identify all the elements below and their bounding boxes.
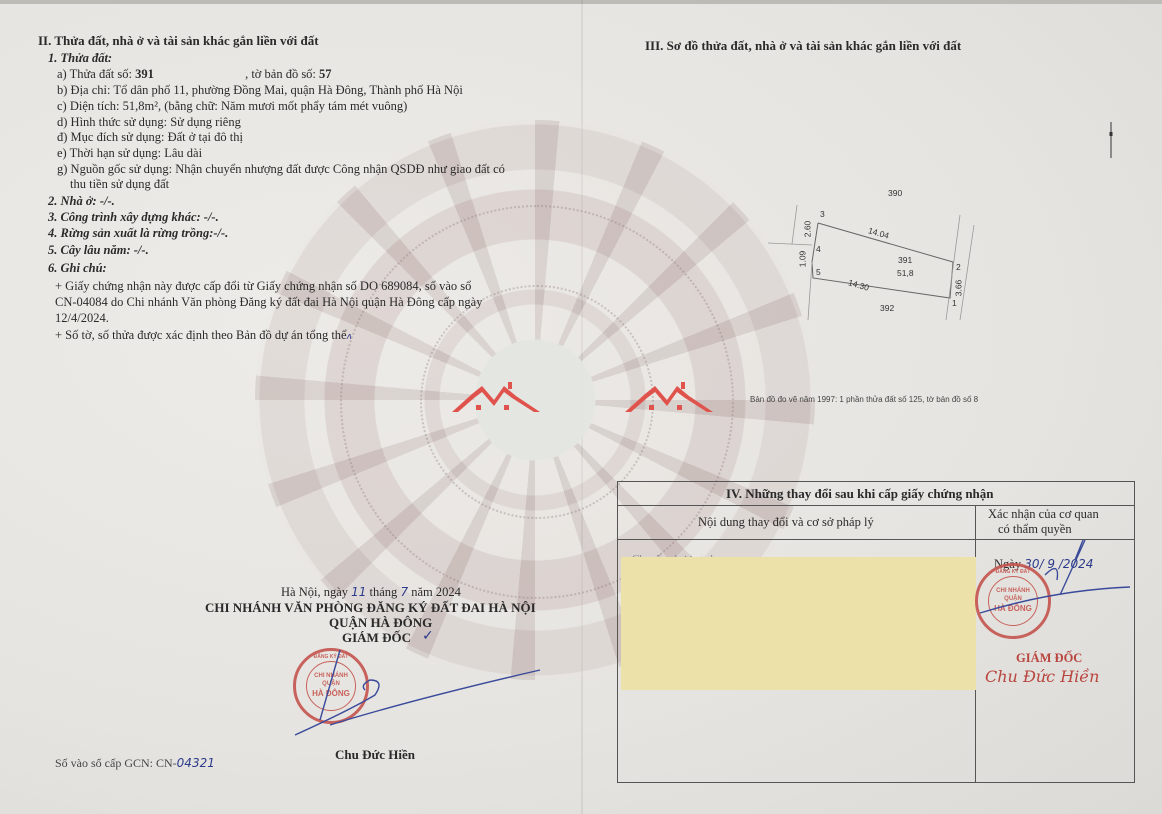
date-prefix: Hà Nội, ngày [281, 585, 348, 599]
month-label: tháng [370, 585, 398, 599]
item-other-works: 3. Công trình xây dựng khác: -/-. [48, 210, 219, 225]
house-logo-icon [452, 382, 540, 414]
note1-line3: 12/4/2024. [55, 311, 109, 326]
map-sheet-label: , tờ bản đồ số: [245, 67, 316, 81]
item-forest: 4. Rừng sản xuất là rừng trồng:-/-. [48, 226, 228, 241]
note1-line1: + Giấy chứng nhận này được cấp đổi từ Gi… [55, 279, 471, 294]
house-logo-icon [625, 382, 713, 414]
map-note: Bản đồ đo vẽ năm 1997: 1 phần thửa đất s… [750, 392, 978, 407]
table-title-row: IV. Những thay đổi sau khi cấp giấy chứn… [618, 482, 1134, 506]
point-3: 3 [820, 209, 825, 219]
edge-2-1: 3.66 [953, 280, 963, 297]
registry-value: 04321 [177, 756, 215, 770]
north-arrow-icon [1108, 120, 1114, 160]
parcel-sketch [760, 180, 1000, 320]
usage-origin-cont: thu tiền sử dụng đất [70, 177, 169, 192]
signing-date: Hà Nội, ngày 11 tháng 7 năm 2024 [281, 585, 461, 600]
neighbor-north: 390 [888, 188, 902, 198]
point-2: 2 [956, 262, 961, 272]
usage-purpose: đ) Mục đích sử dụng: Đất ở tại đô thị [57, 130, 243, 145]
usage-term: e) Thời hạn sử dụng: Lâu dài [57, 146, 202, 161]
parcel-number-map: 391 [898, 255, 912, 265]
handwritten-initial: ʌ [347, 332, 352, 342]
section2-title: II. Thửa đất, nhà ở và tài sản khác gắn … [38, 33, 319, 48]
parcel-number: 391 [135, 67, 154, 81]
point-4: 4 [816, 244, 821, 254]
item-notes: 6. Ghi chú: [48, 261, 107, 276]
col-changes: Nội dung thay đổi và cơ sở pháp lý [698, 515, 874, 530]
redacted-area [621, 557, 976, 690]
note2-text: + Số tờ, số thửa được xác định theo Bản … [55, 328, 347, 342]
registry-label: Số vào sổ cấp GCN: CN- [55, 756, 177, 770]
parcel-label: a) Thửa đất số: [57, 67, 132, 81]
neighbor-south: 392 [880, 303, 894, 313]
signature [290, 640, 550, 740]
signer-name: Chu Đức Hiền [335, 747, 415, 762]
section3-title: III. Sơ đồ thửa đất, nhà ở và tài sản kh… [645, 38, 961, 53]
note1-line2: CN-04084 do Chi nhánh Văn phòng Đăng ký … [55, 295, 482, 310]
confirm-title: GIÁM ĐỐC [1016, 651, 1082, 666]
confirm-signer-name: Chu Đức Hiền [985, 667, 1099, 686]
parcel-area-map: 51,8 [897, 268, 914, 278]
registry-number: Số vào sổ cấp GCN: CN-04321 [55, 756, 215, 771]
item-perennial: 5. Cây lâu năm: -/-. [48, 243, 149, 258]
office-district: QUẬN HÀ ĐÔNG [329, 615, 432, 630]
edge-4-5: 1.09 [797, 251, 807, 268]
office-name: CHI NHÁNH VĂN PHÒNG ĐĂNG KÝ ĐẤT ĐAI HÀ N… [205, 600, 536, 615]
signing-day: 11 [351, 585, 366, 599]
usage-origin: g) Nguồn gốc sử dụng: Nhận chuyển nhượng… [57, 162, 505, 177]
note2: + Số tờ, số thửa được xác định theo Bản … [55, 328, 352, 345]
address: b) Địa chỉ: Tổ dân phố 11, phường Đồng M… [57, 83, 463, 98]
usage-form: d) Hình thức sử dụng: Sử dụng riêng [57, 115, 241, 130]
section4-title: IV. Những thay đổi sau khi cấp giấy chứn… [726, 486, 994, 501]
signing-month: 7 [400, 585, 408, 599]
area: c) Diện tích: 51,8m², (bằng chữ: Năm mươ… [57, 99, 407, 114]
col-confirm-l1: Xác nhận của cơ quan [988, 507, 1099, 522]
edge-3-4: 2.60 [802, 221, 812, 238]
parcel-line: a) Thửa đất số: 391 , tờ bản đồ số: 57 [57, 67, 332, 82]
point-5: 5 [816, 267, 821, 277]
item1-title: 1. Thửa đất: [48, 51, 112, 66]
map-sheet-number: 57 [319, 67, 332, 81]
confirm-signature [975, 535, 1135, 615]
point-1: 1 [952, 298, 957, 308]
signing-year: năm 2024 [411, 585, 461, 599]
item-house: 2. Nhà ở: -/-. [48, 194, 115, 209]
